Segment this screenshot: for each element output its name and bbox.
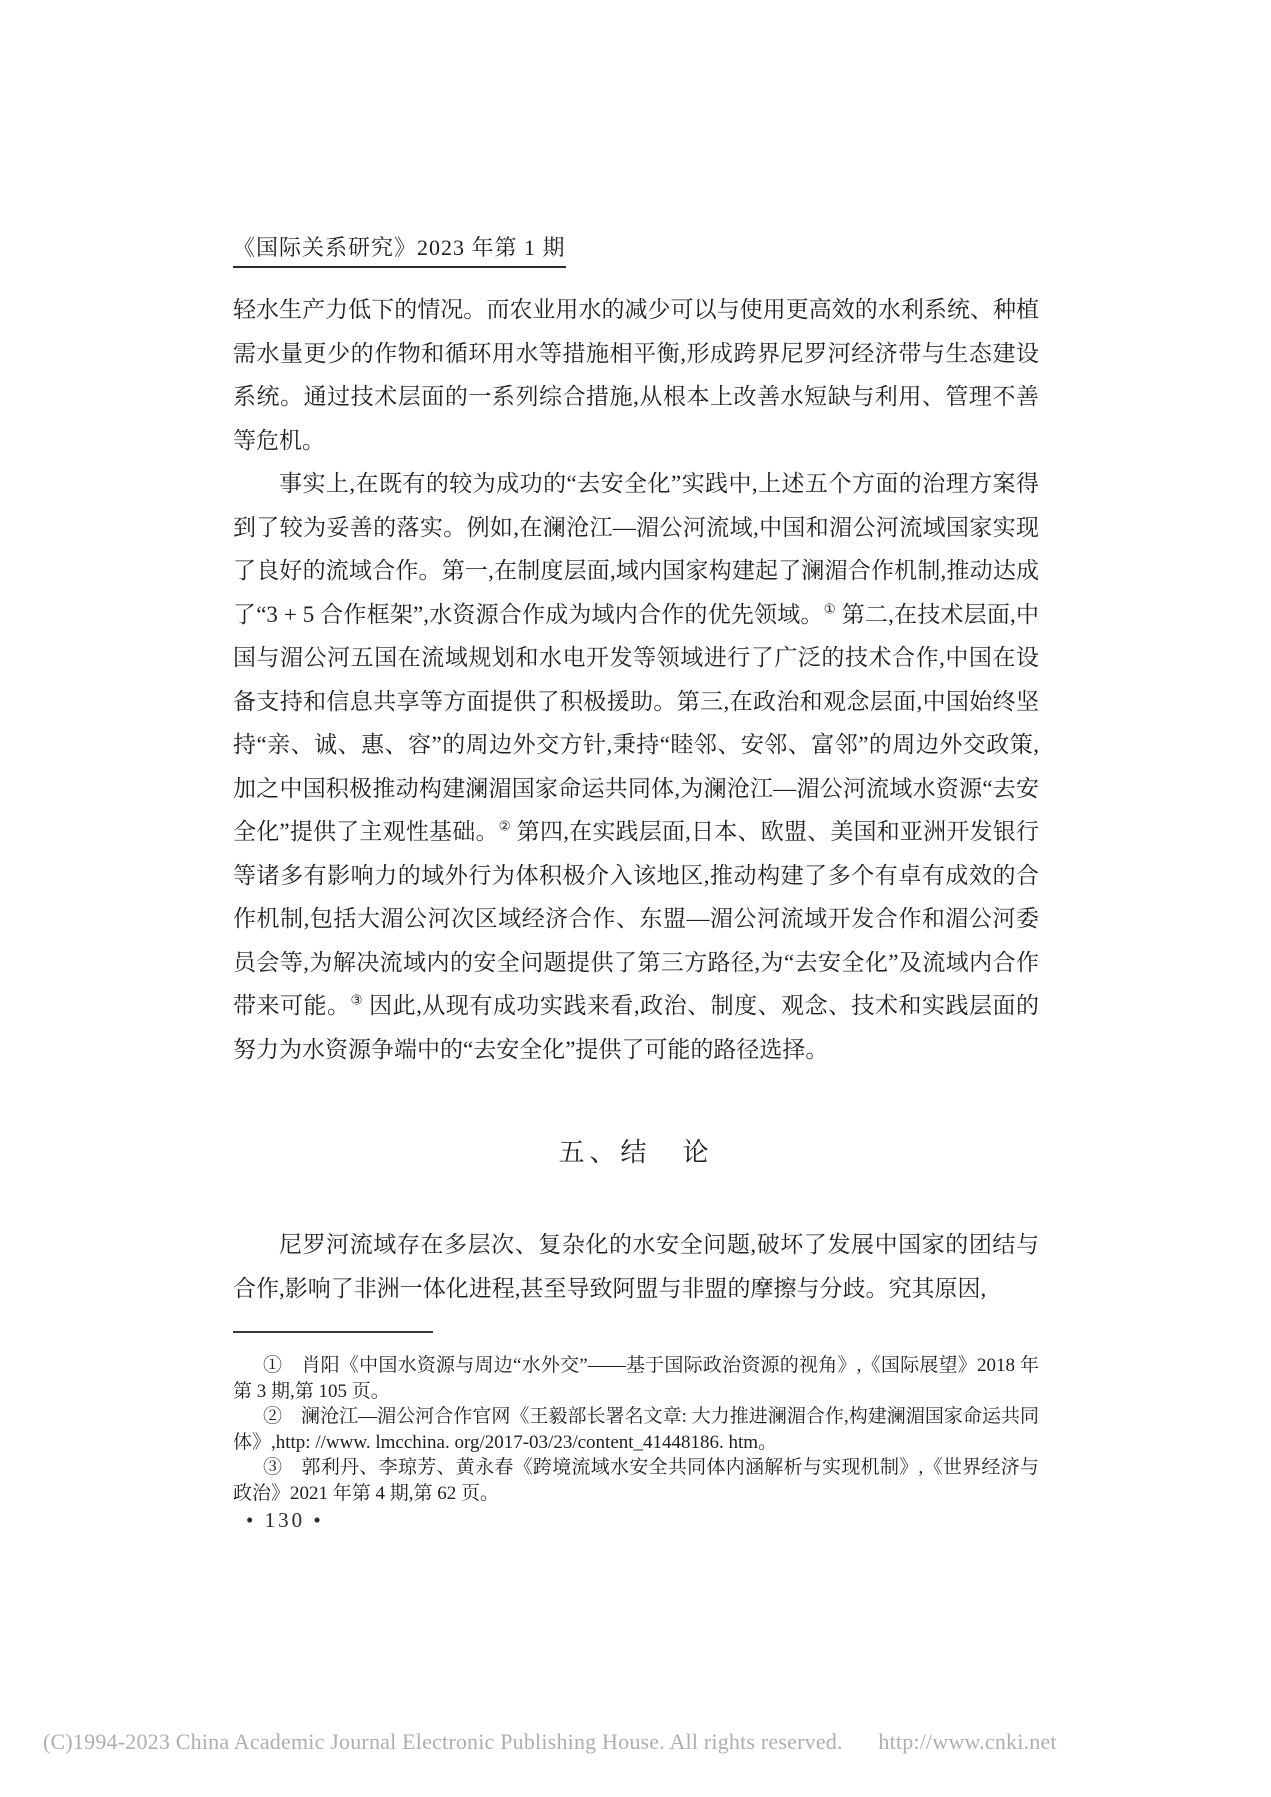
footnote-separator-rule: [233, 1331, 433, 1333]
footnote-2: ② 澜沧江—湄公河合作官网《王毅部长署名文章: 大力推进澜湄合作,构建澜湄国家命…: [233, 1404, 1039, 1455]
page-number: • 130 •: [246, 1508, 324, 1533]
copyright-text: (C)1994-2023 China Academic Journal Elec…: [43, 1729, 843, 1754]
copyright-footer: (C)1994-2023 China Academic Journal Elec…: [43, 1729, 1243, 1755]
section-heading-conclusion: 五、结 论: [233, 1133, 1039, 1173]
journal-issue-title: 《国际关系研究》2023 年第 1 期: [233, 231, 566, 268]
footnote-1: ① 肖阳《中国水资源与周边“水外交”——基于国际政治资源的视角》,《国际展望》2…: [233, 1353, 1039, 1404]
footnote-3: ③ 郭利丹、李琼芳、黄永春《跨境流域水安全共同体内涵解析与实现机制》,《世界经济…: [233, 1455, 1039, 1506]
running-head: 《国际关系研究》2023 年第 1 期: [233, 231, 566, 268]
body-paragraph: 事实上,在既有的较为成功的“去安全化”实践中,上述五个方面的治理方案得到了较为妥…: [233, 462, 1039, 1071]
cnki-url: http://www.cnki.net: [878, 1729, 1056, 1754]
footnotes-block: ① 肖阳《中国水资源与周边“水外交”——基于国际政治资源的视角》,《国际展望》2…: [233, 1331, 1039, 1506]
body-paragraph-continued: 轻水生产力低下的情况。而农业用水的减少可以与使用更高效的水利系统、种植需水量更少…: [233, 288, 1039, 462]
article-body: 轻水生产力低下的情况。而农业用水的减少可以与使用更高效的水利系统、种植需水量更少…: [233, 288, 1039, 1310]
journal-page: 《国际关系研究》2023 年第 1 期 轻水生产力低下的情况。而农业用水的减少可…: [0, 0, 1271, 1797]
conclusion-paragraph: 尼罗河流域存在多层次、复杂化的水安全问题,破坏了发展中国家的团结与合作,影响了非…: [233, 1223, 1039, 1310]
